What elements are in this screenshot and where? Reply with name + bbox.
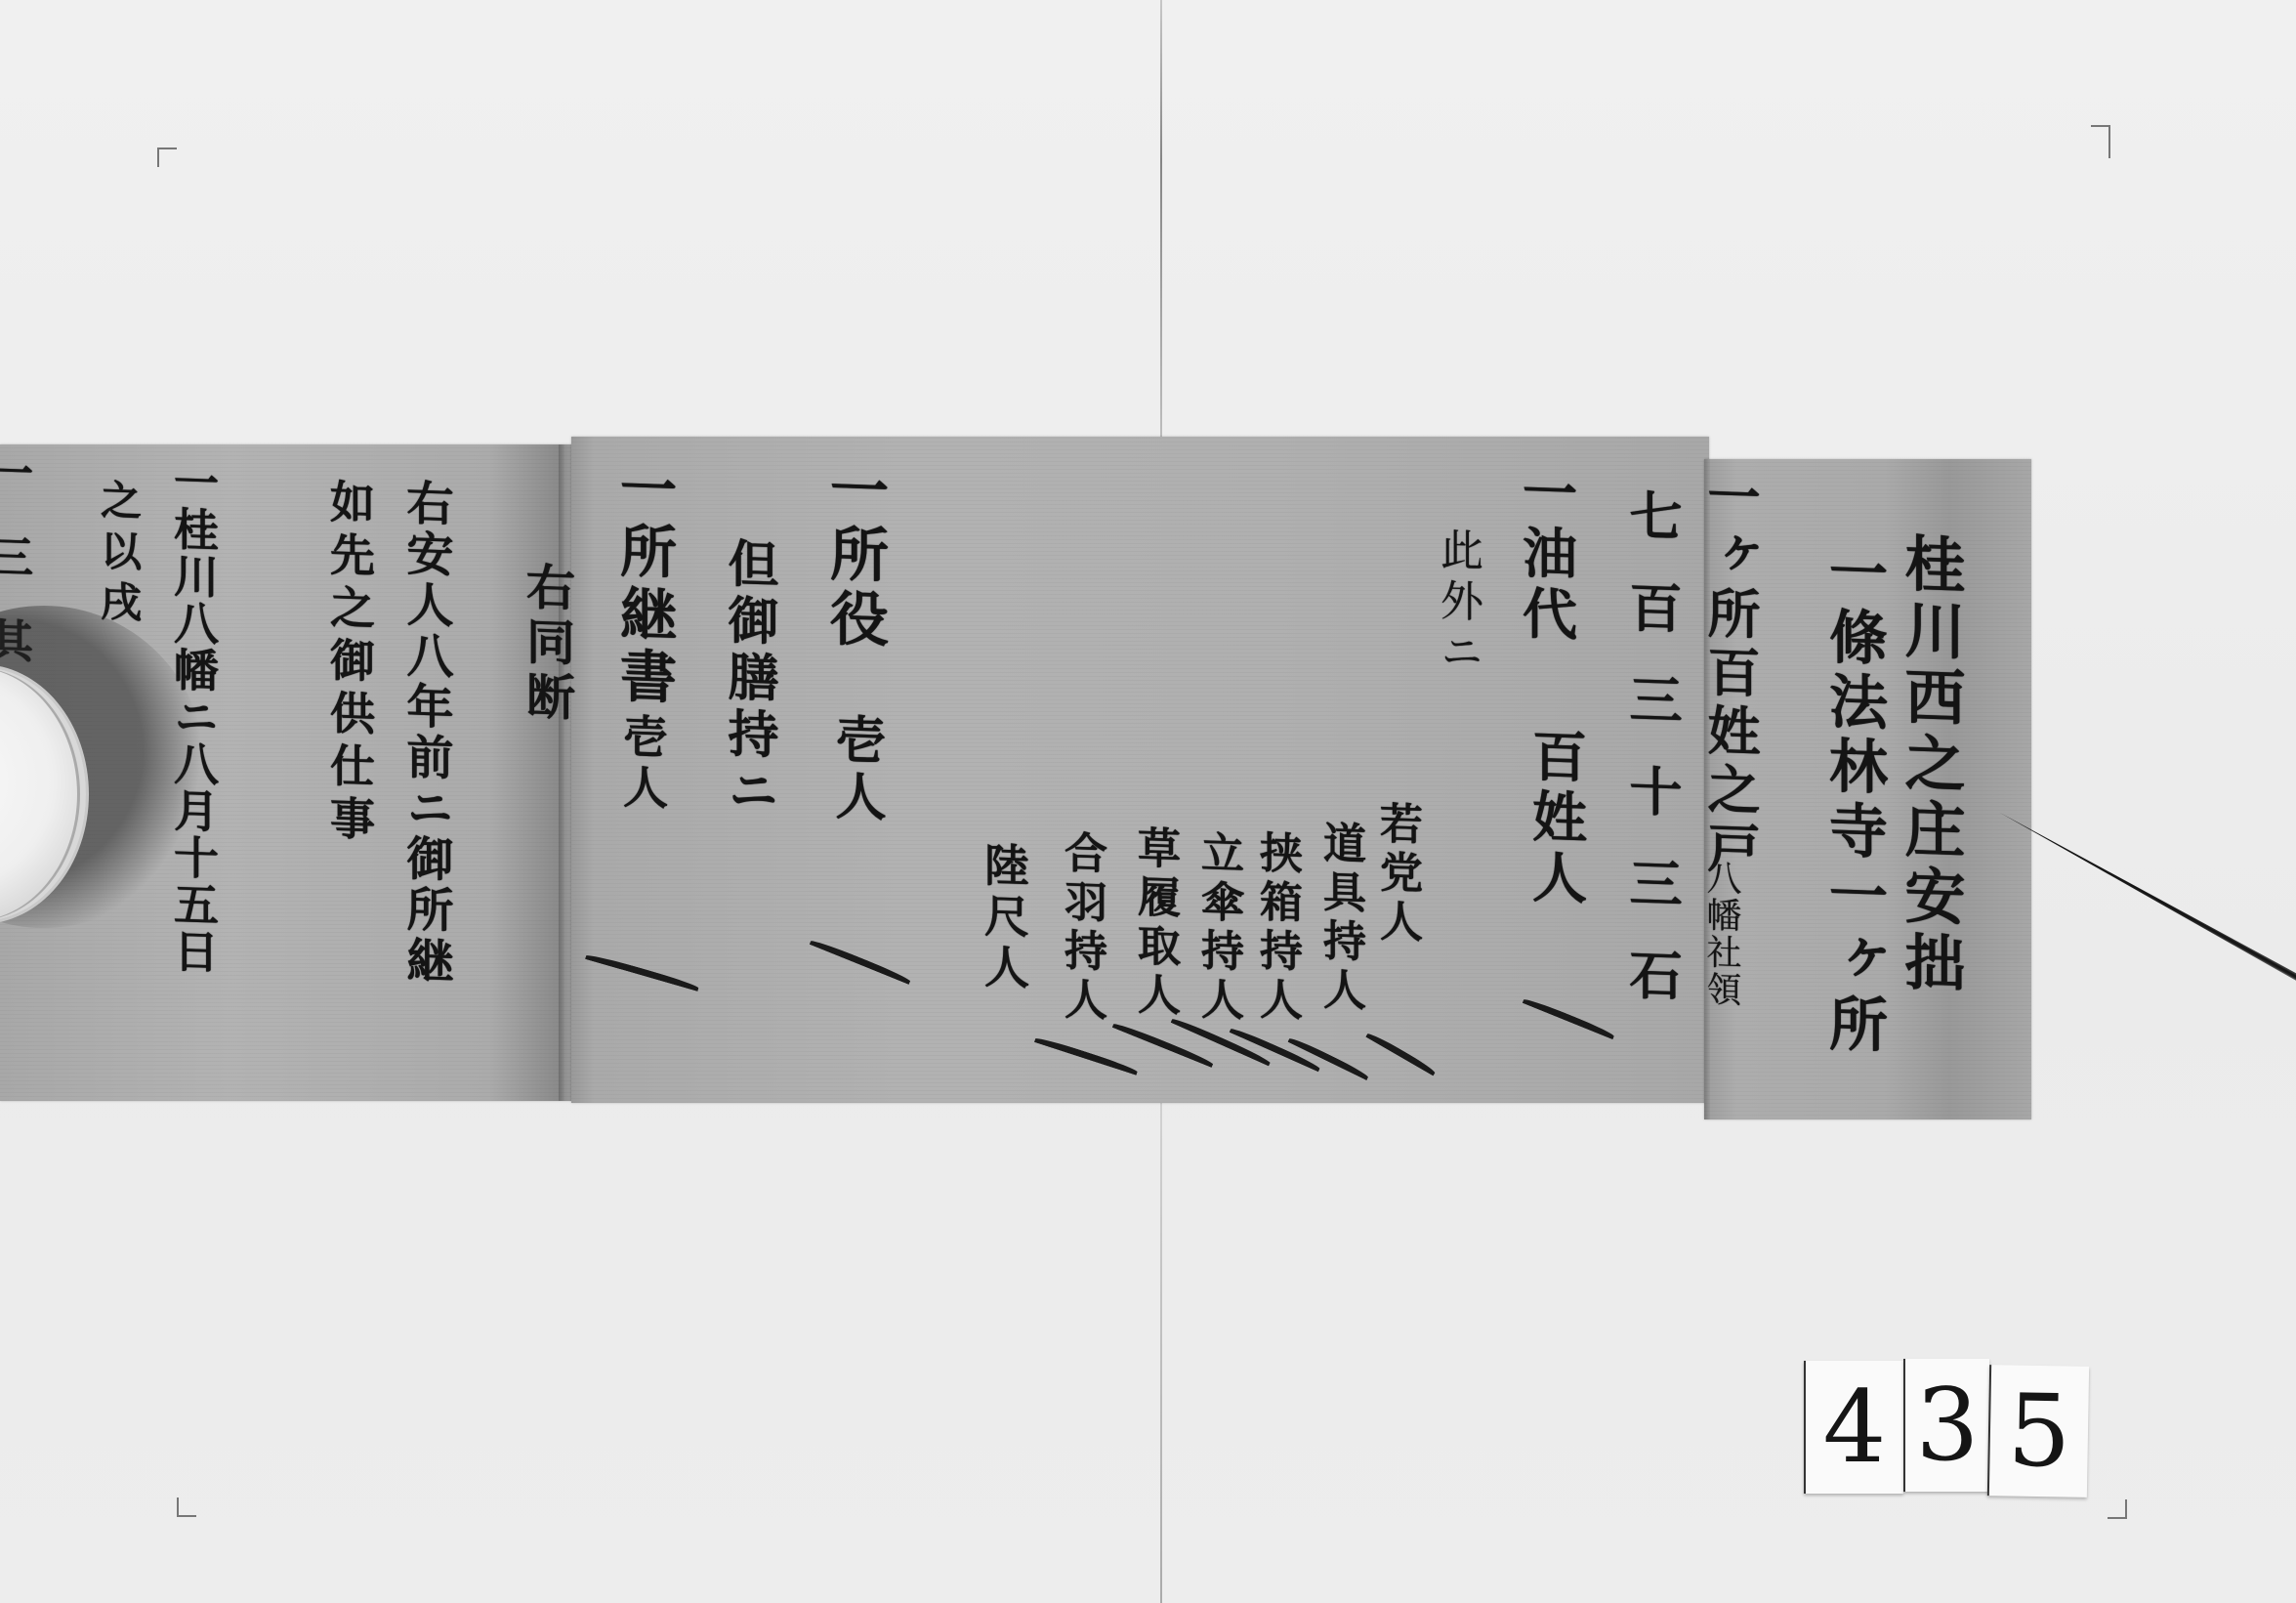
text-column: 立傘持人 xyxy=(1196,829,1239,1027)
text-column: 一油代 xyxy=(1519,463,1573,647)
text-column: 桂川西之庄安拙 xyxy=(1899,531,1960,998)
text-column: 一所役 xyxy=(825,458,884,654)
text-column: 一條法林寺一ヶ所 xyxy=(1824,541,1883,1059)
corner-mark-bottom-left xyxy=(177,1498,196,1517)
paper-seam xyxy=(559,444,564,1101)
text-column: 陸尺人 xyxy=(981,841,1026,995)
text-column: 一所継書 xyxy=(615,458,672,710)
text-column: 挟箱持人 xyxy=(1255,829,1298,1027)
text-column: 道具持人 xyxy=(1318,820,1361,1017)
tag-digit: 4 xyxy=(1804,1361,1903,1494)
corner-mark-top-left xyxy=(157,148,177,167)
text-column: 壱人 xyxy=(620,712,665,816)
text-column: 如先之御供仕事 xyxy=(327,478,372,849)
text-column: 七百三十三石 xyxy=(1626,487,1679,1040)
text-column: 一ヶ所百姓之戸 xyxy=(1704,468,1757,880)
tag-digit: 3 xyxy=(1903,1359,1989,1492)
corner-mark-bottom-right xyxy=(2108,1499,2127,1519)
text-column: 右同断 xyxy=(522,561,571,727)
text-column: 之以戌 xyxy=(98,478,139,631)
text-column: 右安人八年前ニ御所継 xyxy=(402,478,449,988)
corner-mark-top-right xyxy=(2091,125,2110,158)
text-column: 八幡社領 xyxy=(1703,859,1738,1008)
text-column: 合羽持人 xyxy=(1060,829,1103,1027)
text-column: 百姓人 xyxy=(1528,727,1583,910)
text-column: 但御膳持ニ xyxy=(723,536,773,822)
text-column: 壱人 xyxy=(830,712,881,827)
text-column: 若党人 xyxy=(1375,800,1418,949)
text-column: 草履取人 xyxy=(1133,824,1176,1022)
tag-digit: 5 xyxy=(1987,1365,2089,1498)
text-column: 此外ニ xyxy=(1436,527,1479,681)
